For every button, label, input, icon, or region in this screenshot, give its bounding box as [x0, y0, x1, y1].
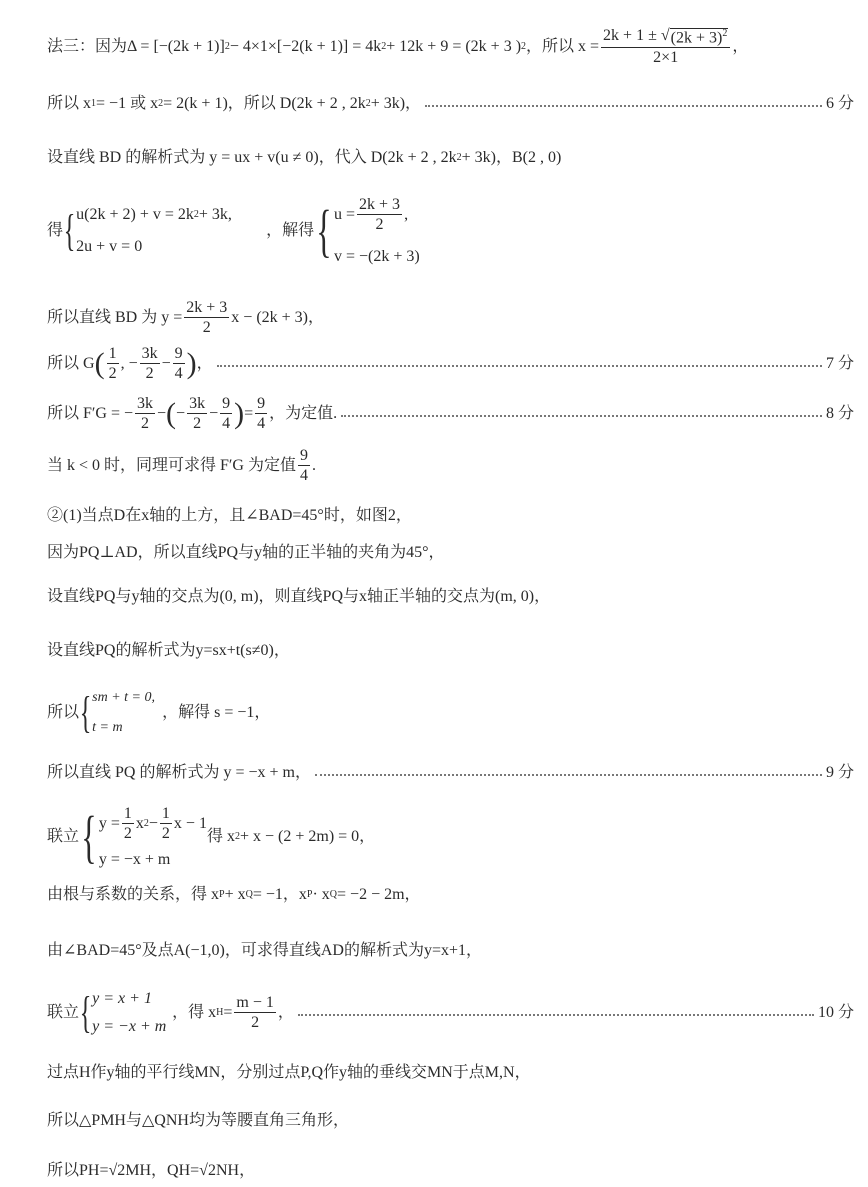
equation: 2u + v = 0: [76, 239, 142, 255]
equation: y = −x + m: [99, 852, 207, 868]
text: = −1，x: [253, 887, 307, 903]
text: 当 k < 0 时，同理可求得 F′G 为定值: [47, 458, 296, 474]
text: 联立: [47, 829, 79, 845]
text: 所以: [47, 705, 79, 721]
text: ②(1)当点D在x轴的上方，且∠BAD=45°时，如图2，: [47, 508, 412, 524]
line-bd-result: 所以直线 BD 为 y = 2k + 32 x − (2k + 3)，: [47, 295, 854, 341]
math: = 2(k + 1)，所以 D(2k + 2 , 2k: [163, 96, 366, 112]
score-label: 6 分: [826, 96, 854, 112]
line-ad-equation: 由∠BAD=45°及点A(−1,0)，可求得直线AD的解析式为y=x+1，: [47, 940, 854, 962]
denominator: 2: [251, 1013, 259, 1031]
numerator: 2k + 3: [357, 197, 402, 215]
denominator: 4: [222, 414, 230, 432]
text: 因为PQ⊥AD，所以直线PQ与y轴的正半轴的夹角为45°，: [47, 545, 444, 561]
numerator: 3k: [135, 396, 155, 414]
text: 过点H作y轴的平行线MN，分别过点P,Q作y轴的垂线交MN于点M,N，: [47, 1065, 531, 1081]
text: 所以PH=√2MH，QH=√2NH，: [47, 1163, 255, 1179]
brace-icon: {: [316, 202, 331, 260]
leader-dots: [425, 105, 822, 107]
text: 设直线PQ与y轴的交点为(0, m)，则直线PQ与x轴正半轴的交点为(m, 0)…: [47, 589, 550, 605]
line-part2-intro: ②(1)当点D在x轴的上方，且∠BAD=45°时，如图2，: [47, 505, 854, 527]
text: ，: [278, 1005, 294, 1021]
text: 得: [47, 223, 63, 239]
equation: v = −(2k + 3): [334, 249, 420, 265]
text: =: [223, 1005, 232, 1021]
line-xh: 联立 { y = x + 1 y = −x + m ，得 xH = m − 12…: [47, 988, 854, 1038]
math: 所以直线 BD 为 y =: [47, 310, 182, 326]
numerator: 3k: [187, 396, 207, 414]
text: ，: [732, 39, 748, 55]
numerator: 9: [173, 346, 185, 364]
text: + x: [225, 887, 246, 903]
denominator: 2: [162, 824, 170, 842]
numerator: 9: [298, 448, 310, 466]
equation: + 3k,: [199, 207, 232, 223]
line-pq-intercepts: 设直线PQ与y轴的交点为(0, m)，则直线PQ与x轴正半轴的交点为(m, 0)…: [47, 586, 854, 608]
line-bd-setup: 设直线 BD 的解析式为 y = ux + v(u ≠ 0)，代入 D(2k +…: [47, 146, 854, 170]
text: = −2 − 2m，: [337, 887, 421, 903]
math: + 3k)，B(2 , 0): [462, 150, 562, 166]
equation-system: sm + t = 0, t = m: [92, 691, 162, 735]
line-bd-system: 得 { u(2k + 2) + v = 2k2 + 3k, 2u + v = 0…: [47, 196, 854, 266]
radicand: (2k + 3): [671, 29, 723, 46]
equation-system: y = x + 1 y = −x + m: [92, 991, 172, 1035]
text: 所以直线 PQ 的解析式为 y = −x + m，: [47, 765, 311, 781]
math: 设直线 BD 的解析式为 y = ux + v(u ≠ 0)，代入 D(2k +…: [47, 150, 457, 166]
text: 所以△PMH与△QNH均为等腰直角三角形，: [47, 1113, 349, 1129]
line-isosceles: 所以△PMH与△QNH均为等腰直角三角形，: [47, 1110, 854, 1132]
equation-system: y = 12 x2 − 12 x − 1 y = −x + m: [99, 806, 207, 868]
denominator: 4: [175, 364, 183, 382]
text: 由根与系数的关系，得 x: [47, 887, 219, 903]
math: + 12k + 9 = (2k + 3 ): [386, 39, 521, 55]
denominator: 2×1: [653, 48, 678, 66]
text: 设直线PQ的解析式为y=sx+t(s≠0)，: [47, 643, 290, 659]
line-k-negative: 当 k < 0 时，同理可求得 F′G 为定值 94.: [47, 446, 854, 486]
text: 联立: [47, 1005, 79, 1021]
line-pq-setup: 设直线PQ的解析式为y=sx+t(s≠0)，: [47, 640, 854, 662]
text: ，解得: [266, 223, 314, 239]
line-roots: 所以 x1 = −1 或 x2 = 2(k + 1)，所以 D(2k + 2 ,…: [47, 92, 854, 116]
equation: y = −x + m: [92, 1019, 172, 1035]
leader-dots: [217, 365, 822, 367]
numerator: 3k: [140, 346, 160, 364]
sub: Q: [246, 890, 253, 900]
brace-icon: {: [81, 808, 96, 866]
brace-icon: {: [64, 209, 76, 253]
leader-dots: [315, 774, 822, 776]
math: = −1 或 x: [96, 96, 158, 112]
line-vieta: 由根与系数的关系，得 xP + xQ = −1，xP · xQ = −2 − 2…: [47, 884, 854, 906]
denominator: 2: [193, 414, 201, 432]
denominator: 2: [146, 364, 154, 382]
equation: y = x + 1: [92, 991, 172, 1007]
line-point-g: 所以 G ( 12 , − 3k2 − 94 )， 7 分: [47, 342, 854, 386]
equation: x: [136, 816, 144, 832]
text: ，得 x: [172, 1005, 216, 1021]
text: 法三：因为: [47, 39, 127, 55]
math: Δ = [−(2k + 1)]: [127, 39, 225, 55]
denominator: 2: [141, 414, 149, 432]
equation: −: [149, 816, 158, 832]
line-pq-system: 所以 { sm + t = 0, t = m ，解得 s = −1，: [47, 688, 854, 738]
math: 所以 G: [47, 356, 95, 372]
numerator: 1: [107, 346, 119, 364]
line-parabola-system: 联立 { y = 12 x2 − 12 x − 1 y = −x + m 得 x…: [47, 804, 854, 870]
score-label: 9 分: [826, 765, 854, 781]
equation: x − 1: [174, 816, 207, 832]
text: + x − (2 + 2m) = 0，: [240, 829, 375, 845]
line-ph-qh: 所以PH=√2MH，QH=√2NH，: [47, 1160, 854, 1182]
brace-icon: {: [80, 691, 92, 735]
score-label: 7 分: [826, 356, 854, 372]
solution-system: u =2k + 32, v = −(2k + 3): [334, 197, 420, 265]
text: · x: [312, 887, 329, 903]
math: x − (2k + 3)，: [231, 310, 324, 326]
numerator: 9: [255, 396, 267, 414]
equation: sm + t = 0,: [92, 691, 162, 705]
sub: H: [216, 1008, 223, 1018]
numerator: m − 1: [234, 995, 275, 1013]
numerator: 1: [160, 806, 172, 824]
equation: t = m: [92, 721, 162, 735]
equation: y =: [99, 816, 120, 832]
numerator: 1: [122, 806, 134, 824]
math: + 3k)，: [371, 96, 421, 112]
denominator: 2: [376, 215, 384, 233]
math: − 4×1×[−2(k + 1)] = 4k: [230, 39, 381, 55]
denominator: 4: [300, 466, 308, 484]
text: ，解得 s = −1，: [162, 705, 270, 721]
line-mn-construction: 过点H作y轴的平行线MN，分别过点P,Q作y轴的垂线交MN于点M,N，: [47, 1062, 854, 1084]
denominator: 4: [257, 414, 265, 432]
line-discriminant: 法三：因为 Δ = [−(2k + 1)]2 − 4×1×[−2(k + 1)]…: [47, 22, 854, 72]
brace-icon: {: [80, 991, 92, 1035]
text: 由∠BAD=45°及点A(−1,0)，可求得直线AD的解析式为y=x+1，: [47, 943, 482, 959]
score-label: 8 分: [826, 406, 854, 422]
line-fg-value: 所以 F′G = − 3k2 −(− 3k2 − 94 )= 94 ，为定值. …: [47, 392, 854, 436]
text: 为定值.: [285, 406, 337, 422]
sup: 2: [722, 28, 727, 39]
text: 得 x: [207, 829, 235, 845]
math: 所以 F′G = −: [47, 406, 133, 422]
numerator: 9: [220, 396, 232, 414]
line-pq-perp: 因为PQ⊥AD，所以直线PQ与y轴的正半轴的夹角为45°，: [47, 542, 854, 564]
fraction: 2k + 1 ± √(2k + 3)2 2×1: [601, 28, 730, 66]
numerator: 2k + 1 ±: [603, 27, 661, 44]
denominator: 2: [124, 824, 132, 842]
leader-dots: [341, 415, 822, 417]
sub: Q: [330, 890, 337, 900]
math: ，所以 x =: [526, 39, 599, 55]
equation-system: u(2k + 2) + v = 2k2 + 3k, 2u + v = 0: [76, 207, 266, 255]
score-label: 10 分: [818, 1005, 854, 1021]
numerator: 2k + 3: [184, 300, 229, 318]
math: 所以 x: [47, 96, 91, 112]
equation: u =: [334, 207, 355, 223]
denominator: 2: [109, 364, 117, 382]
leader-dots: [298, 1014, 814, 1016]
equation: u(2k + 2) + v = 2k: [76, 207, 194, 223]
denominator: 2: [203, 318, 211, 336]
line-pq-result: 所以直线 PQ 的解析式为 y = −x + m， 9 分: [47, 762, 854, 784]
